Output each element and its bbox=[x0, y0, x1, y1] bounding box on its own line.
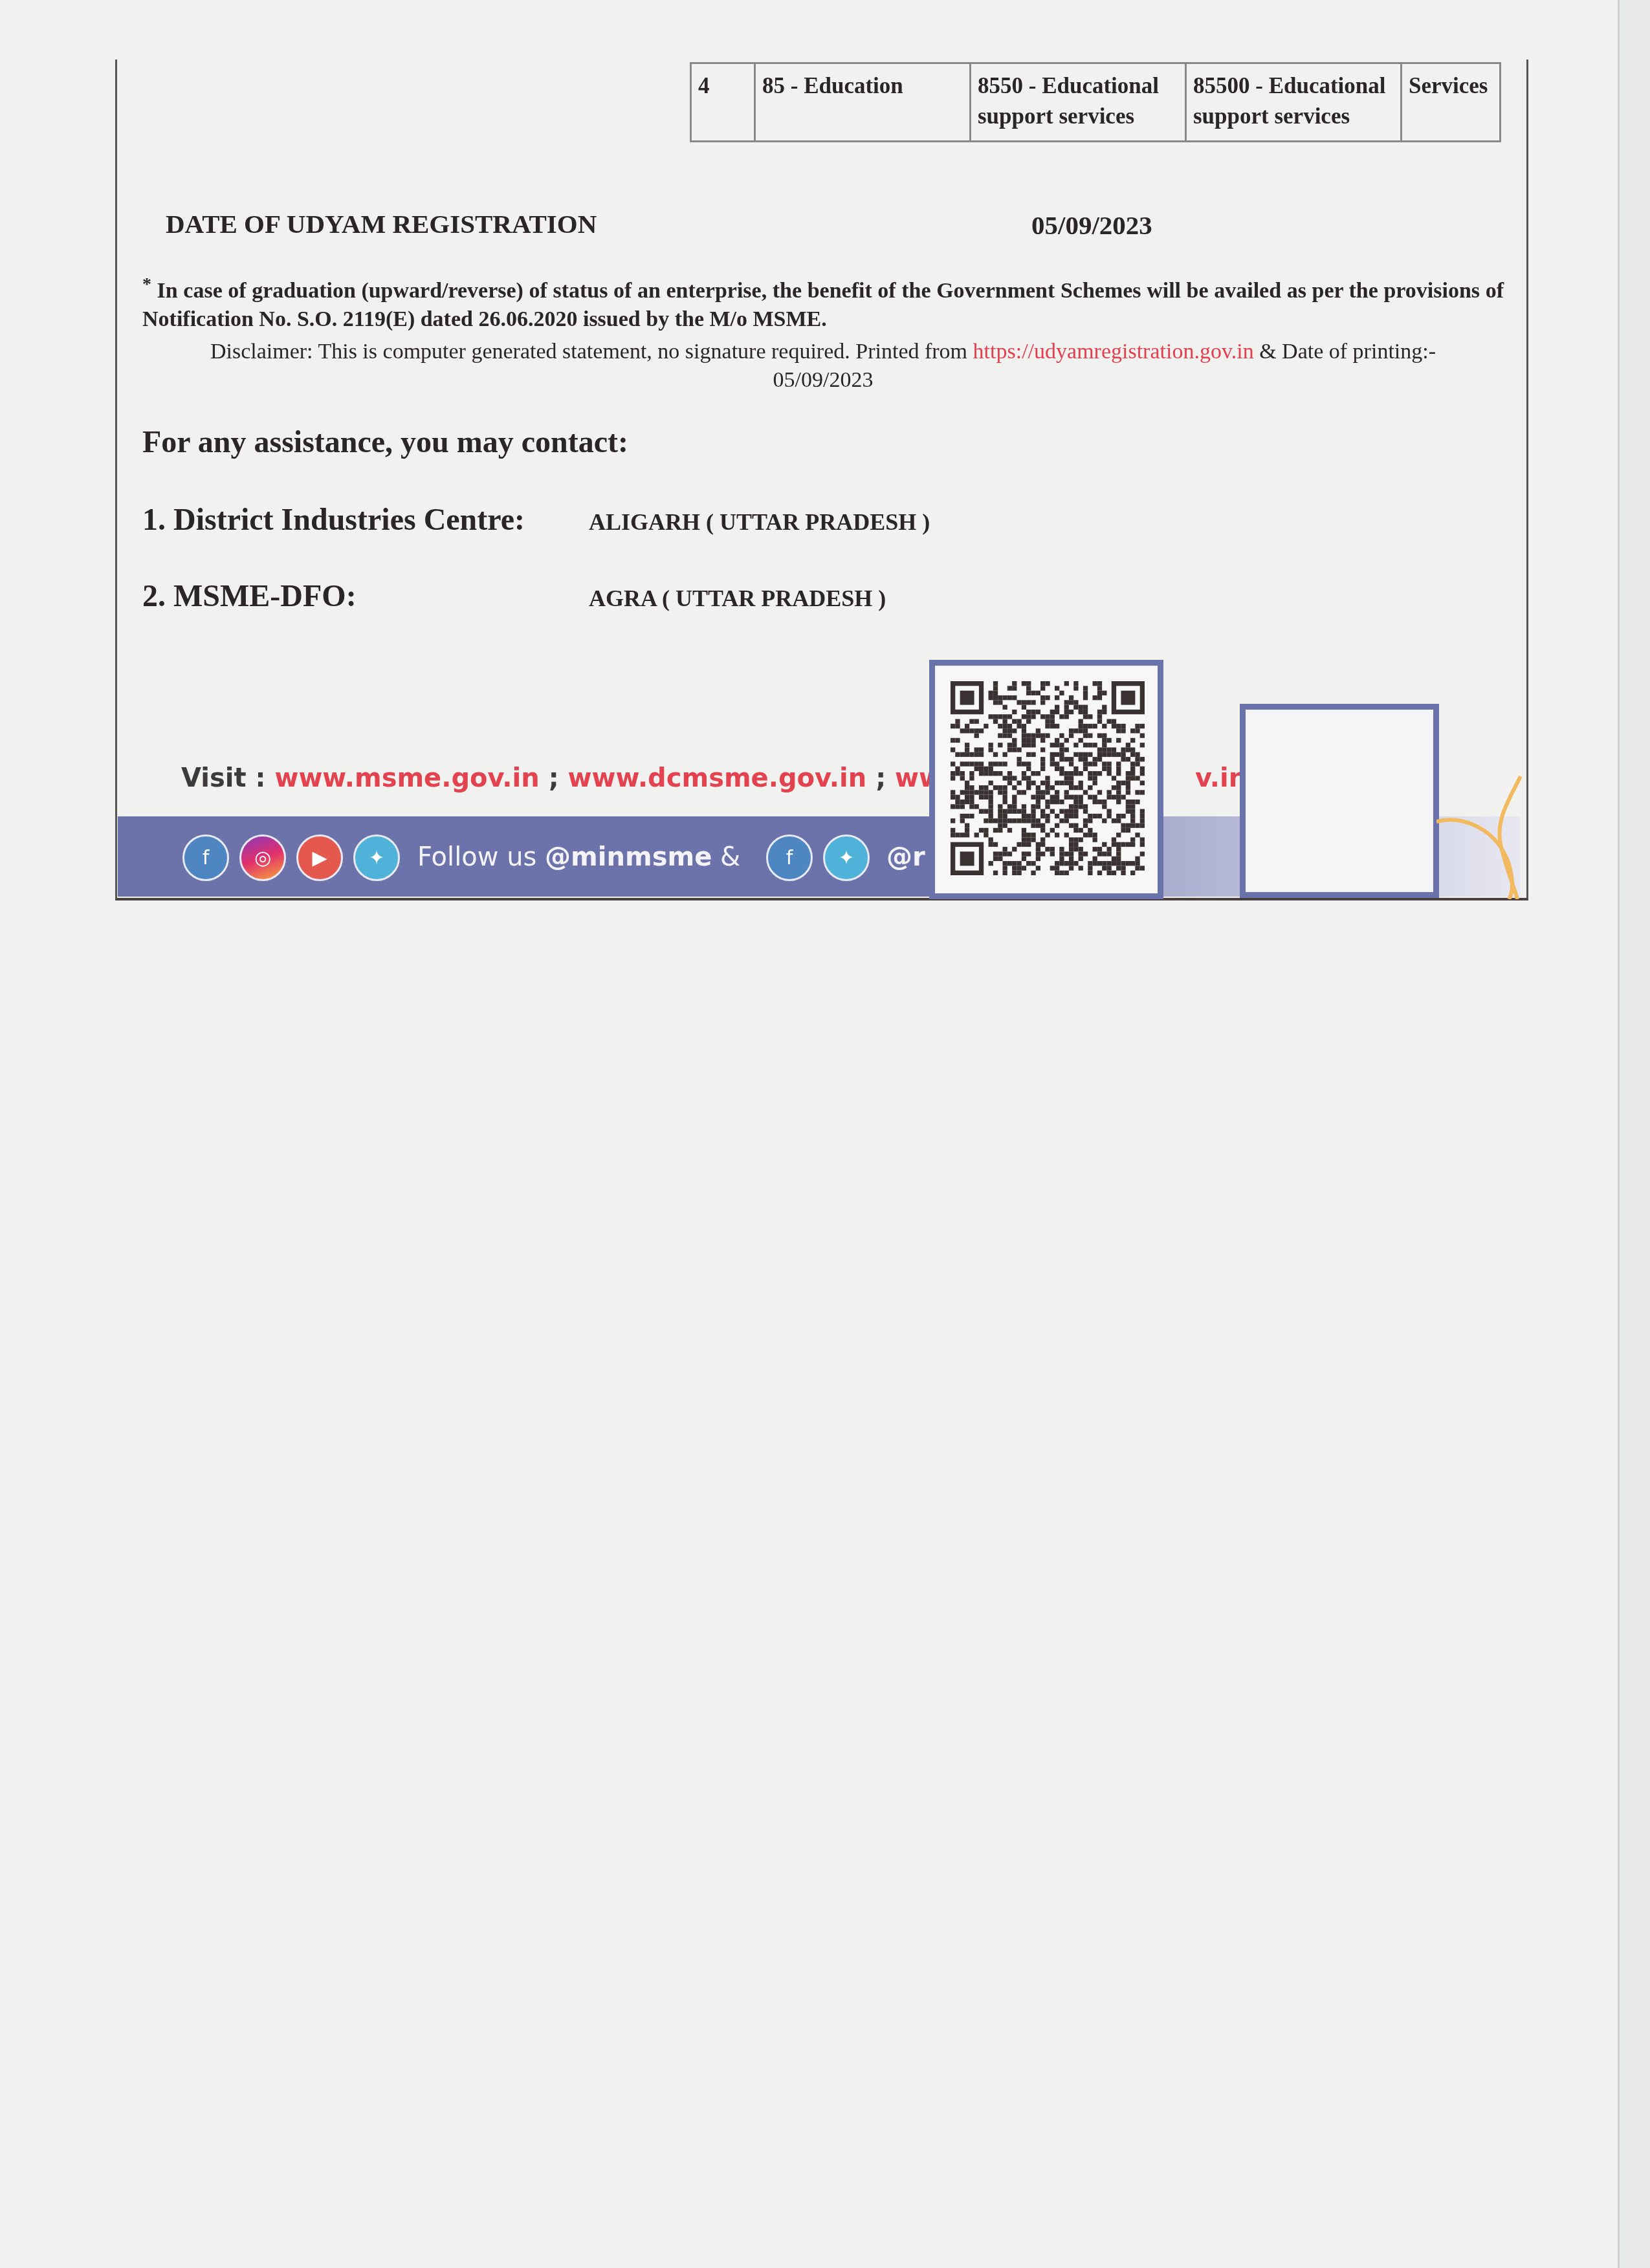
registration-date-label: DATE OF UDYAM REGISTRATION bbox=[166, 208, 597, 239]
ampersand: & bbox=[712, 842, 740, 872]
visit-label: Visit : bbox=[181, 763, 274, 793]
decorative-lotus-graphic bbox=[1436, 763, 1527, 899]
qr-code bbox=[951, 681, 1145, 875]
serial-number-cell: 4 bbox=[691, 63, 755, 142]
dcmsme-link[interactable]: www.dcmsme.gov.in bbox=[568, 763, 867, 793]
second-handle-partial: @r bbox=[886, 842, 925, 872]
facebook-icon[interactable]: f bbox=[182, 834, 229, 881]
table-row: 4 85 - Education 8550 - Educational supp… bbox=[691, 63, 1501, 142]
follow-us-text: Follow us @minmsme & bbox=[417, 842, 740, 872]
registration-date-value: 05/09/2023 bbox=[1031, 210, 1152, 241]
dic-label: 1. District Industries Centre: bbox=[142, 502, 525, 538]
disclaimer-suffix: & Date of printing:- bbox=[1254, 340, 1436, 364]
facebook-icon-2[interactable]: f bbox=[766, 834, 813, 881]
nic-5-digit-cell: 85500 - Educational support services bbox=[1186, 63, 1402, 142]
document-page: 4 85 - Education 8550 - Educational supp… bbox=[0, 0, 1620, 2268]
twitter-icon-2[interactable]: ✦ bbox=[823, 834, 870, 881]
dic-value: ALIGARH ( UTTAR PRADESH ) bbox=[589, 508, 930, 536]
qr-code-frame bbox=[929, 660, 1163, 899]
twitter-icon[interactable]: ✦ bbox=[353, 834, 400, 881]
youtube-icon[interactable]: ▶ bbox=[296, 834, 343, 881]
follow-prefix: Follow us bbox=[417, 842, 545, 872]
instagram-icon[interactable]: ◎ bbox=[239, 834, 286, 881]
msme-dfo-value: AGRA ( UTTAR PRADESH ) bbox=[589, 585, 886, 612]
udyam-registration-link[interactable]: https://udyamregistration.gov.in bbox=[973, 340, 1254, 364]
disclaimer: Disclaimer: This is computer generated s… bbox=[144, 338, 1502, 395]
separator: ; bbox=[540, 763, 568, 793]
print-date: 05/09/2023 bbox=[773, 368, 874, 392]
disclaimer-prefix: Disclaimer: This is computer generated s… bbox=[210, 340, 973, 364]
minmsme-handle[interactable]: @minmsme bbox=[545, 842, 712, 872]
photo-placeholder-frame bbox=[1240, 704, 1439, 898]
assistance-heading: For any assistance, you may contact: bbox=[142, 424, 628, 460]
graduation-note: * In case of graduation (upward/reverse)… bbox=[142, 270, 1504, 334]
nic-4-digit-cell: 8550 - Educational support services bbox=[971, 63, 1186, 142]
nic-code-table: 4 85 - Education 8550 - Educational supp… bbox=[690, 62, 1501, 142]
msme-dfo-label: 2. MSME-DFO: bbox=[142, 578, 357, 614]
activity-cell: Services bbox=[1402, 63, 1501, 142]
nic-2-digit-cell: 85 - Education bbox=[755, 63, 971, 142]
msme-link[interactable]: www.msme.gov.in bbox=[274, 763, 539, 793]
graduation-note-text: In case of graduation (upward/reverse) o… bbox=[142, 279, 1504, 331]
separator: ; bbox=[866, 763, 895, 793]
asterisk: * bbox=[142, 274, 151, 294]
